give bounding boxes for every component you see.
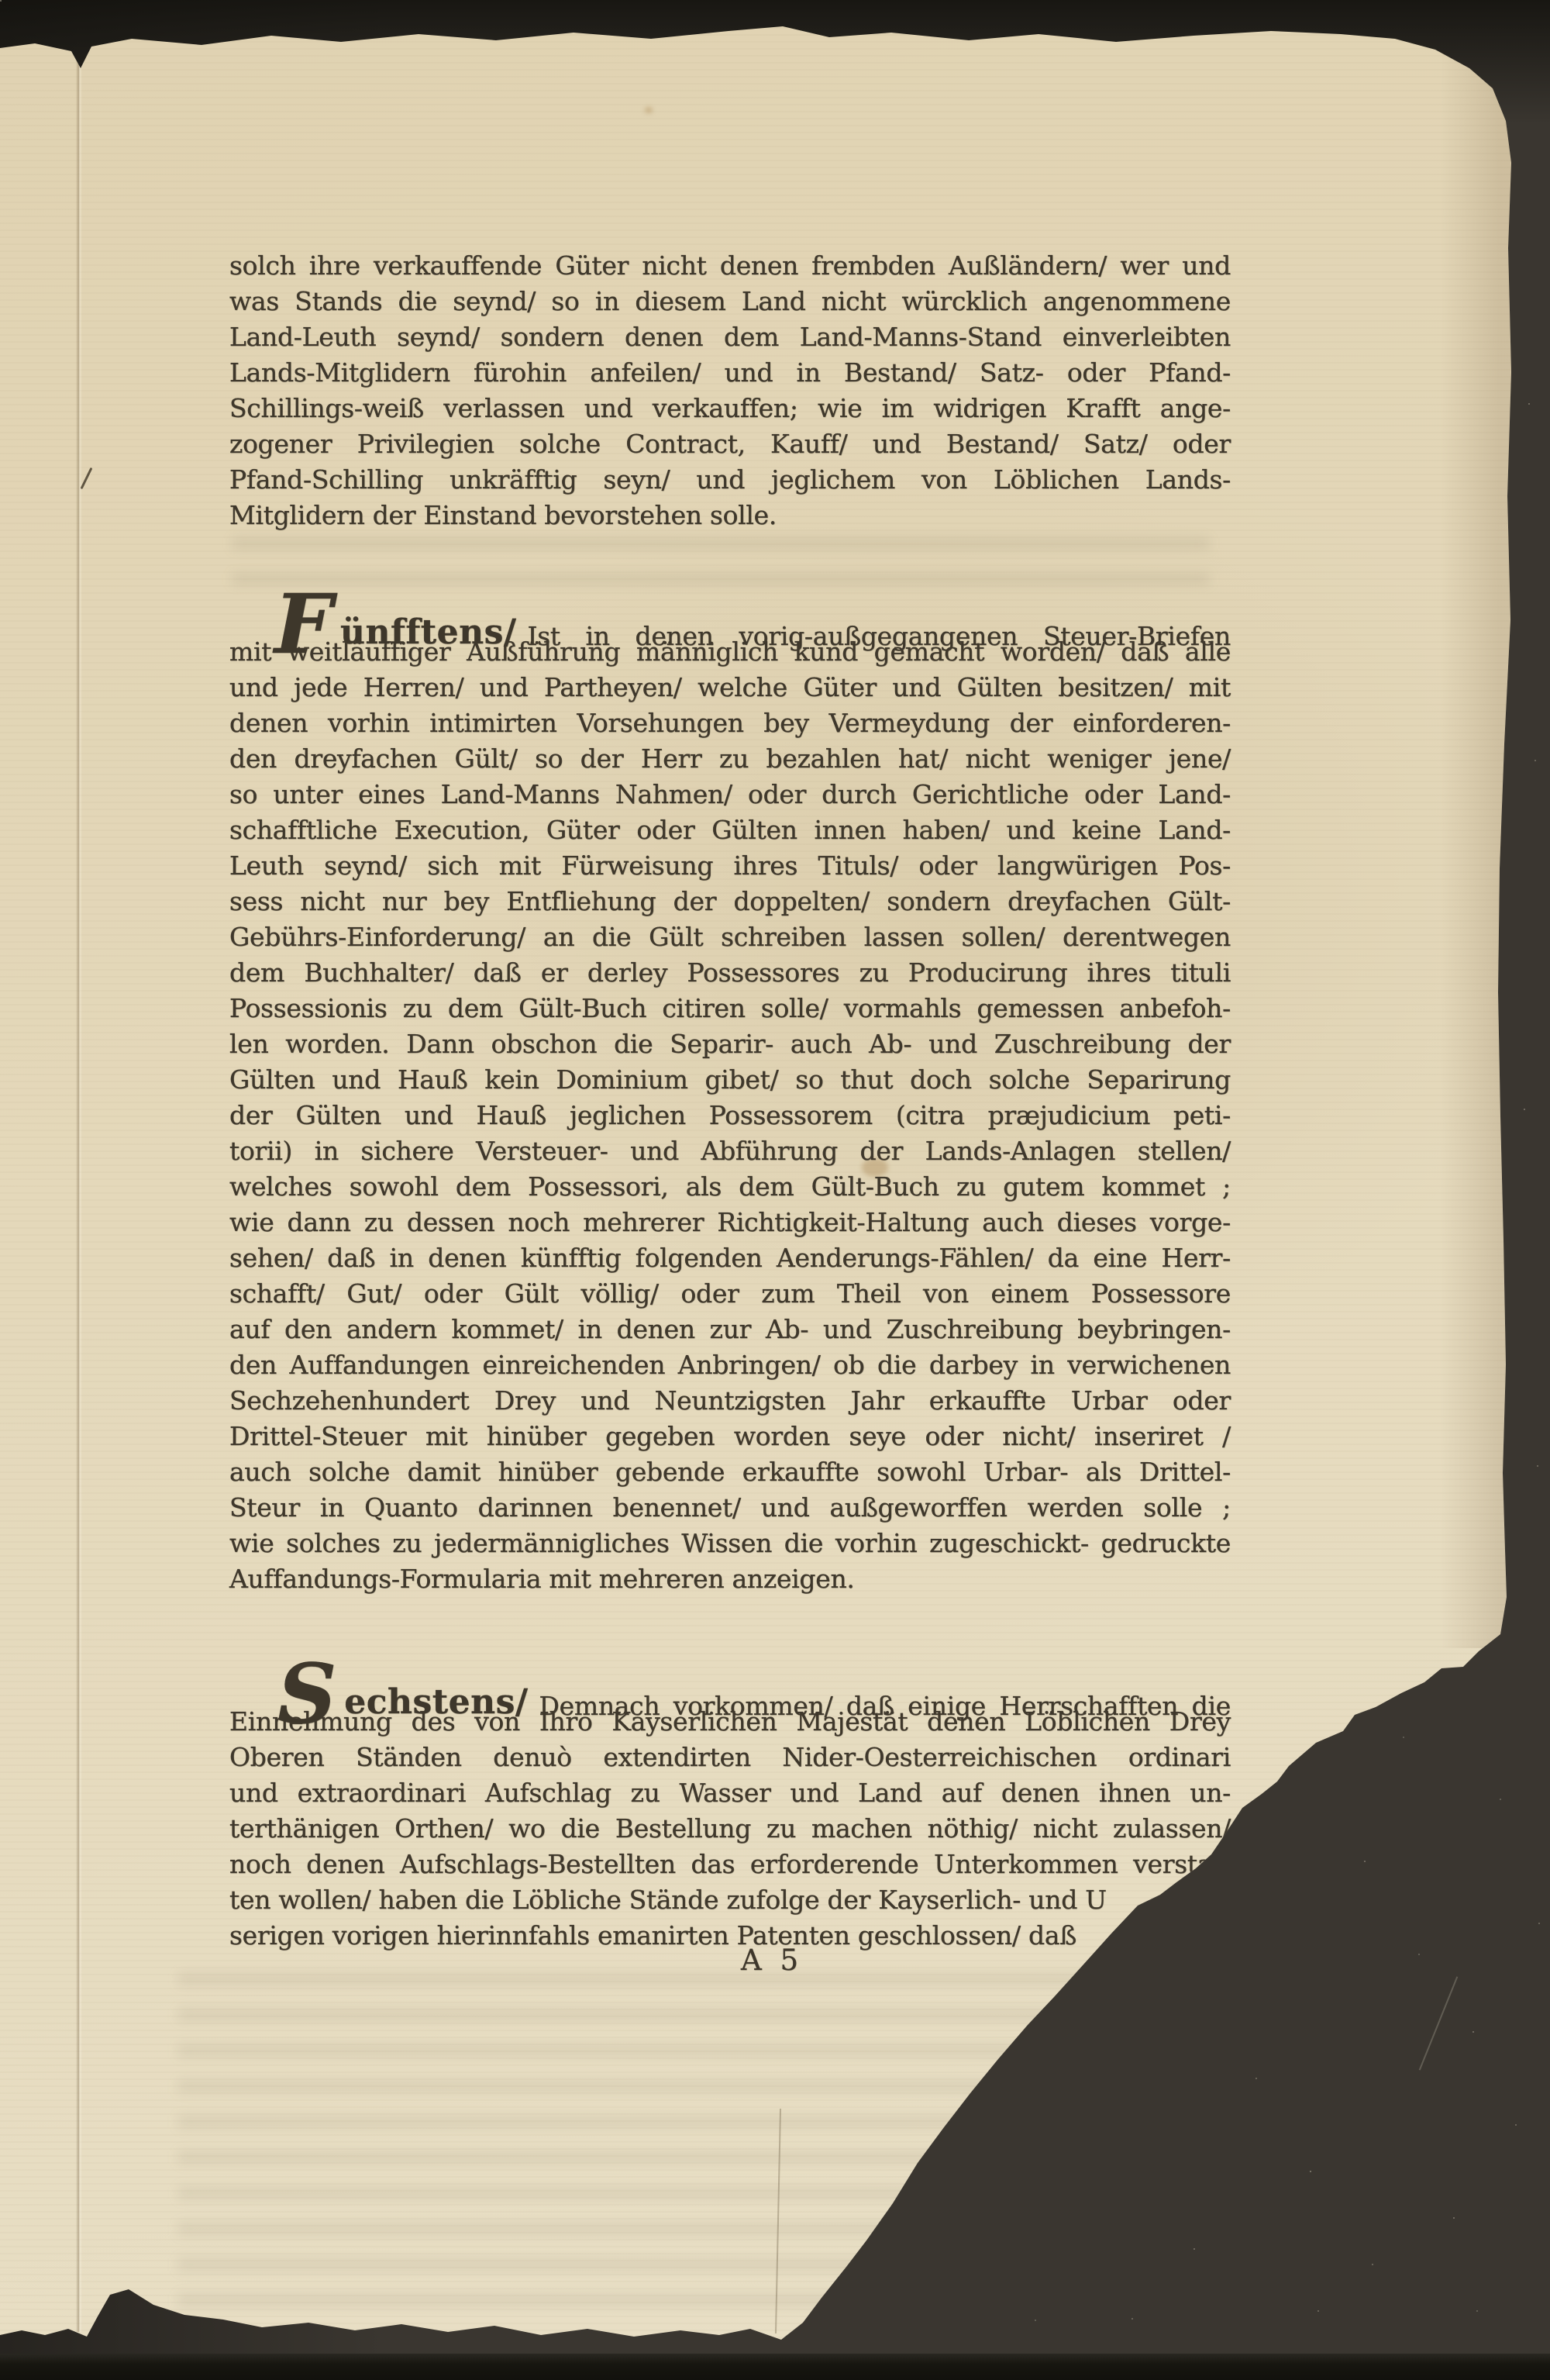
text-line: schafft/ Gut/ oder Gült völlig/ oder zum… (229, 1276, 1231, 1312)
text-line: torii) in sichere Versteuer- und Abführu… (229, 1133, 1231, 1169)
text-line: Possessionis zu dem Gült-Buch citiren so… (229, 991, 1231, 1026)
text-line: Gebührs-Einforderung/ an die Gült schrei… (229, 919, 1231, 955)
text-line: Gülten und Hauß kein Dominium gibet/ so … (229, 1062, 1231, 1098)
scanned-document-page: solch ihre verkauffende Güter nicht dene… (0, 0, 1550, 2380)
text-line: len worden. Dann obschon die Separir- au… (229, 1026, 1231, 1062)
text-line: Sechzehenhundert Drey und Neuntzigsten J… (229, 1383, 1231, 1419)
text-line: Leuth seynd/ sich mit Fürweisung ihres T… (229, 848, 1231, 884)
text-line: wie dann zu dessen noch mehrerer Richtig… (229, 1205, 1231, 1240)
text-line: Drittel-Steuer mit hinüber gegeben worde… (229, 1419, 1231, 1454)
paragraph-continuation: solch ihre verkauffende Güter nicht dene… (229, 248, 1231, 533)
text-line: was Stands die seynd/ so in diesem Land … (229, 284, 1231, 319)
text-line: sehen/ daß in denen künfftig folgenden A… (229, 1240, 1231, 1276)
lead-word: ünfftens/ (340, 612, 517, 652)
text-line: solch ihre verkauffende Güter nicht dene… (229, 248, 1231, 284)
text-line: wie solches zu jedermännigliches Wissen … (229, 1526, 1231, 1561)
text-line: der Gülten und Hauß jeglichen Possessore… (229, 1098, 1231, 1133)
text-line: Schillings-weiß verlassen und verkauffen… (229, 391, 1231, 426)
text-line: den Auffandungen einreichenden Anbringen… (229, 1347, 1231, 1383)
paragraph-sechstens: Sechstens/Demnach vorkommen/ daß einige … (229, 1668, 1231, 1954)
text-line: denen vorhin intimirten Vorsehungen bey … (229, 705, 1231, 741)
text-line: schafftliche Execution, Güter oder Gülte… (229, 812, 1231, 848)
paragraph-fuenfftens: Fünfftens/Ist in denen vorig-außgegangen… (229, 598, 1231, 1597)
text-line: Mitglidern der Einstand bevorstehen soll… (229, 498, 1231, 533)
text-line: Land-Leuth seynd/ sondern denen dem Land… (229, 319, 1231, 355)
drop-cap-initial: S (277, 1645, 336, 1742)
drop-cap-initial: F (274, 575, 332, 672)
scan-bottom-edge (0, 2354, 1550, 2380)
text-line: und jede Herren/ und Partheyen/ welche G… (229, 670, 1231, 705)
text-line: ten wollen/ haben die Löbliche Stände zu… (229, 1882, 1231, 1918)
text-line: Pfand-Schilling unkräfftig seyn/ und jeg… (229, 462, 1231, 498)
text-line: auf den andern kommet/ in denen zur Ab- … (229, 1312, 1231, 1347)
text-line: Lands-Mitglidern fürohin anfeilen/ und i… (229, 355, 1231, 391)
text-line: den dreyfachen Gült/ so der Herr zu beza… (229, 741, 1231, 777)
text-line: noch denen Aufschlags-Bestellten das erf… (229, 1847, 1231, 1882)
text-line: und extraordinari Aufschlag zu Wasser un… (229, 1775, 1231, 1811)
backing-scratch (1419, 1976, 1459, 2070)
text-line: dem Buchhalter/ daß er derley Possessore… (229, 955, 1231, 991)
text-line: Steur in Quanto darinnen benennet/ und a… (229, 1490, 1231, 1526)
text-line: so unter eines Land-Manns Nahmen/ oder d… (229, 777, 1231, 812)
text-line: welches sowohl dem Possessori, als dem G… (229, 1169, 1231, 1205)
text-line: auch solche damit hinüber gebende erkauf… (229, 1454, 1231, 1490)
text-line: zogener Privilegien solche Contract, Kau… (229, 426, 1231, 462)
text-line: sess nicht nur bey Entfliehung der doppe… (229, 884, 1231, 919)
text-line: Auffandungs-Formularia mit mehreren anze… (229, 1561, 1231, 1597)
text-line-lead: Sechstens/Demnach vorkommen/ daß einige … (229, 1668, 1231, 1704)
dust-speckles (0, 0, 2, 2)
text-line: terthänigen Orthen/ wo die Bestellung zu… (229, 1811, 1231, 1847)
text-line: Oberen Ständen denuò extendirten Nider-O… (229, 1740, 1231, 1775)
lead-word: echstens/ (344, 1682, 528, 1722)
text-line-lead: Fünfftens/Ist in denen vorig-außgegangen… (229, 598, 1231, 634)
